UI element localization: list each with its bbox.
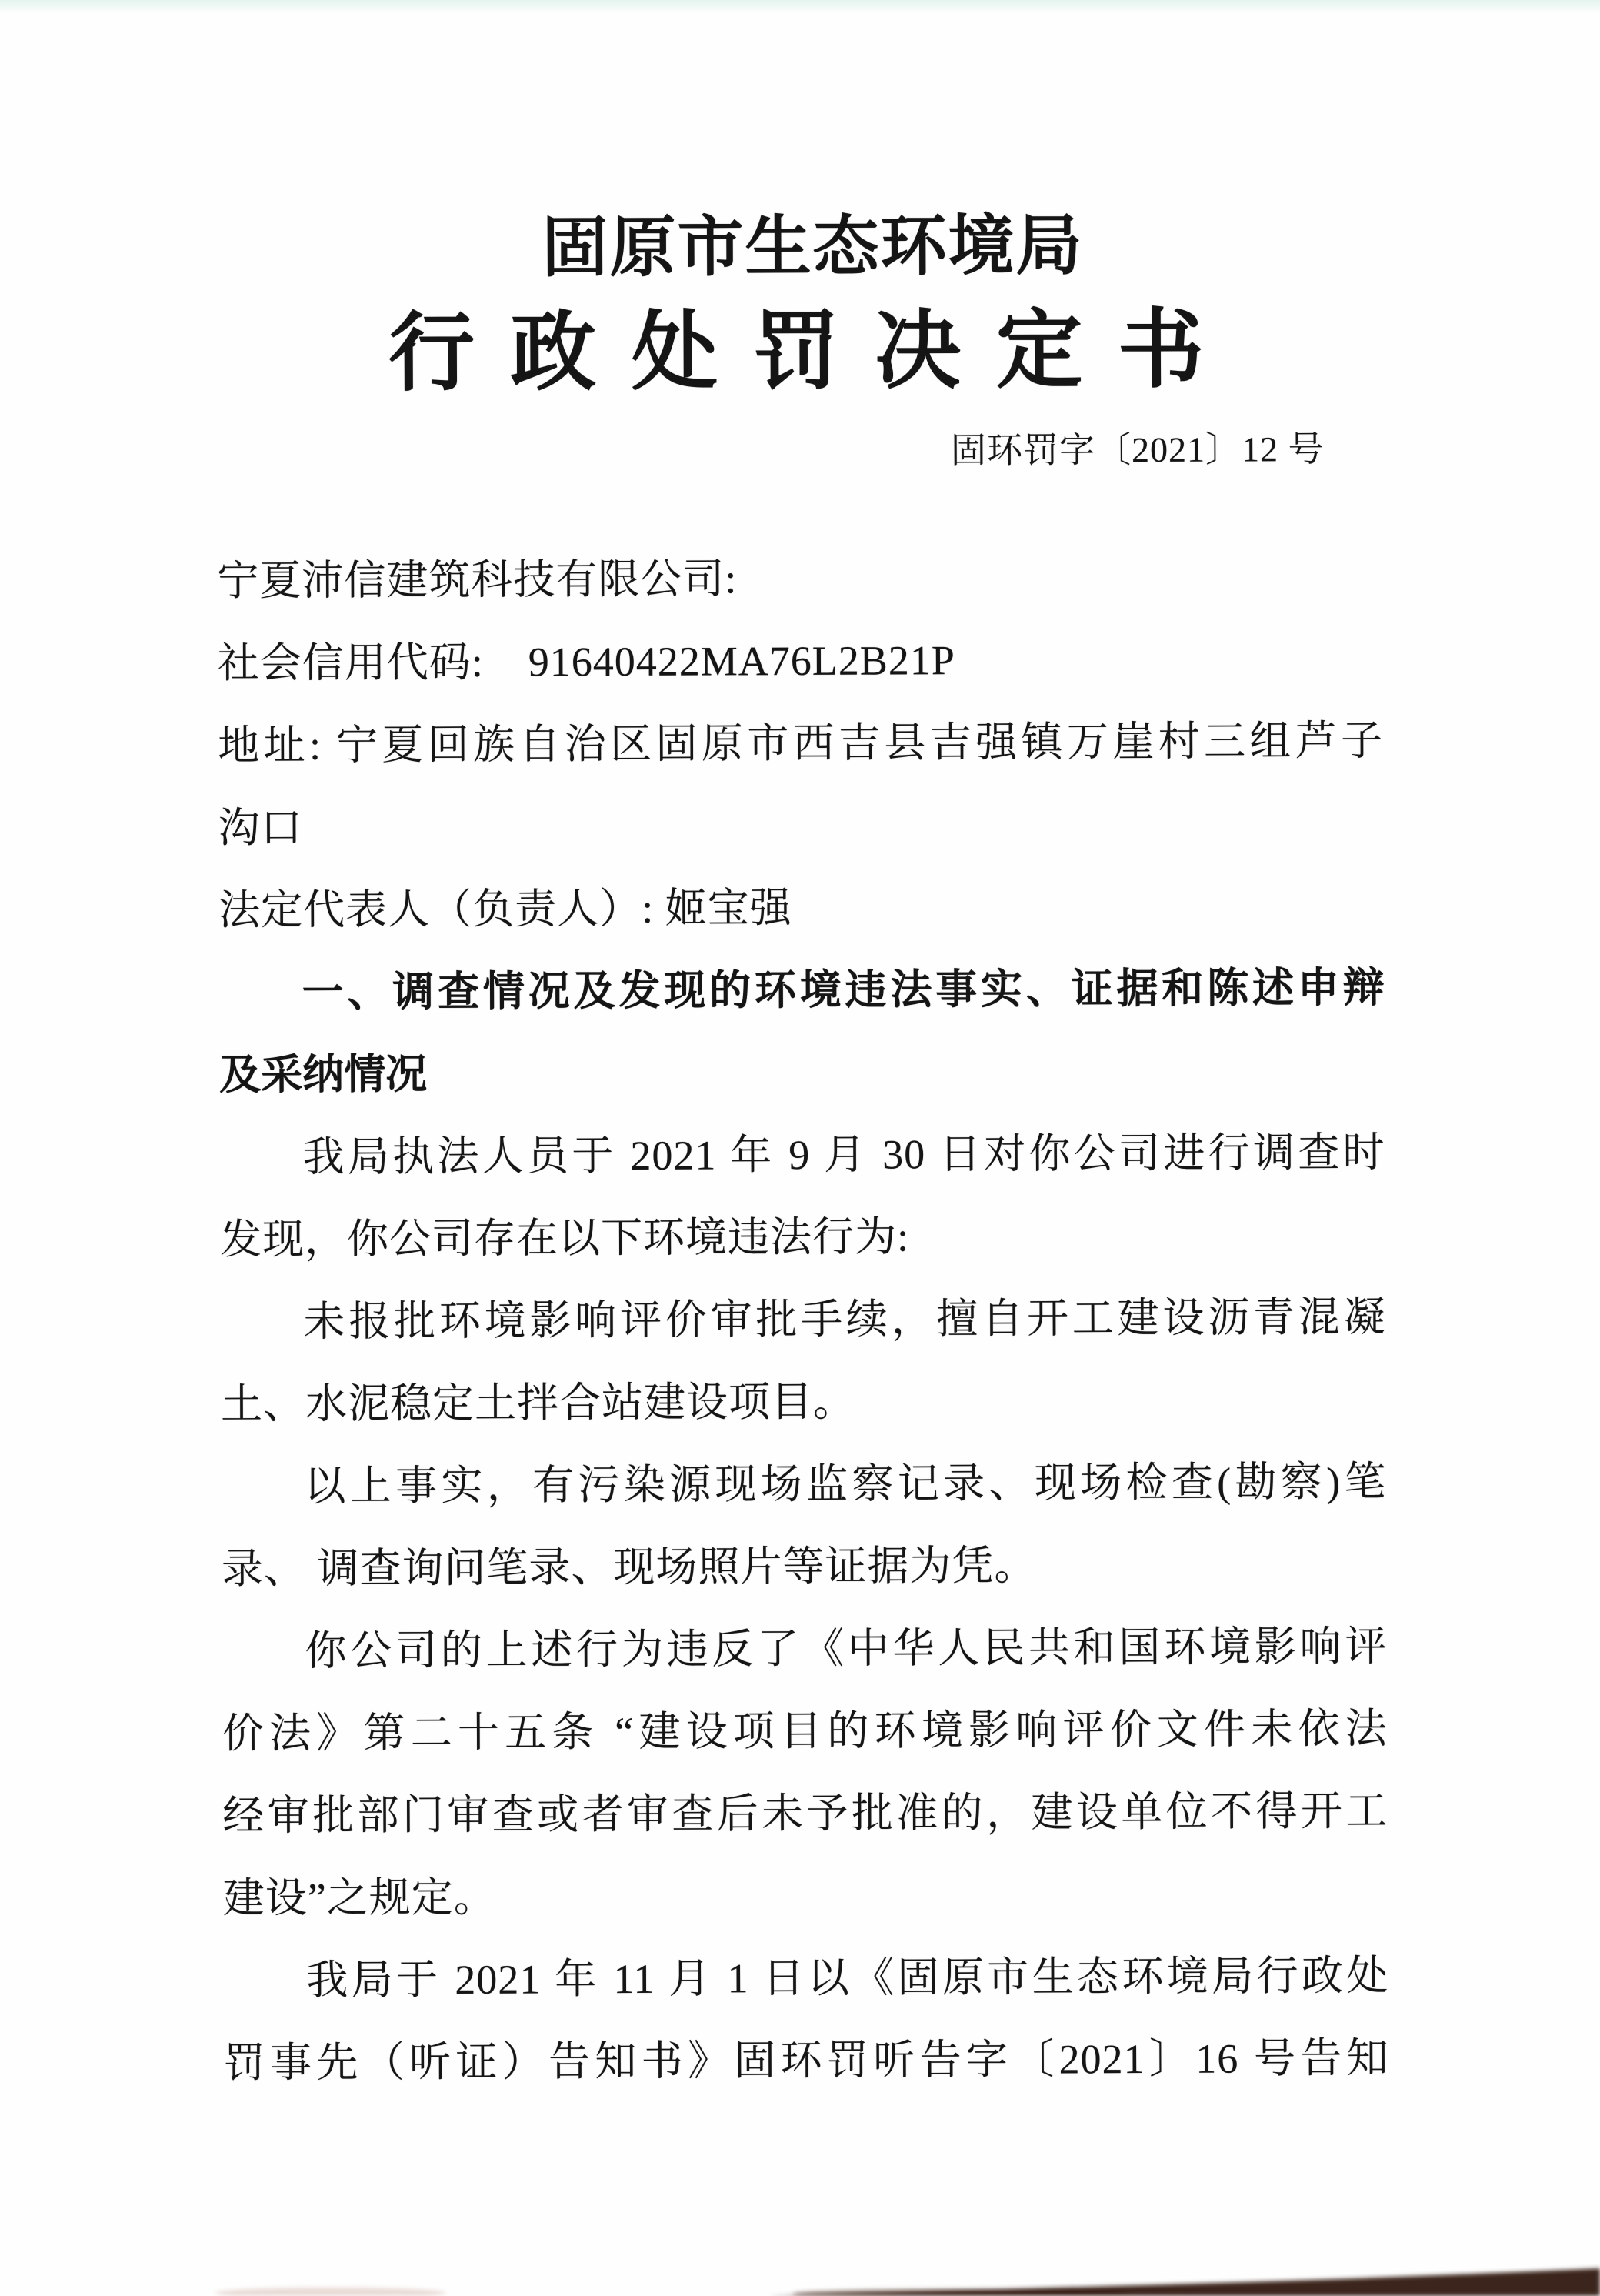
document-line: 及采纳情况: [219, 1030, 1385, 1117]
document-line: 罚事先（听证）告知书》固环罚听告字〔2021〕16 号告知: [224, 2017, 1389, 2105]
document-line: 经审批部门审查或者审查后未予批准的，建设单位不得开工: [222, 1770, 1388, 1858]
document-number: 固环罚字〔2021〕12 号: [0, 426, 1598, 476]
document-line: 我局于 2021 年 11 月 1 日以《固原市生态环境局行政处: [223, 1935, 1388, 2023]
document-line: 宁夏沛信建筑科技有限公司:: [217, 536, 1382, 623]
scanned-document-page: 固原市生态环境局 行 政 处 罚 决 定 书 固环罚字〔2021〕12 号 宁夏…: [0, 0, 1600, 2296]
document-line: 我局执法人员于 2021 年 9 月 30 日对你公司进行调查时: [219, 1112, 1385, 1200]
document-line: 以上事实，有污染源现场监察记录、现场检查(勘察)笔: [221, 1441, 1386, 1529]
scan-shadow-bottom: [0, 2234, 1600, 2296]
document-line: 价法》第二十五条 “建设项目的环境影响评价文件未依法: [222, 1688, 1388, 1776]
document-line: 录、 调查询问笔录、现场照片等证据为凭。: [222, 1523, 1387, 1611]
document-line: 法定代表人（负责人）: 姬宝强: [218, 865, 1384, 953]
document-line: 社会信用代码: 91640422MA76L2B21P: [218, 618, 1383, 706]
document-line: 沟口: [218, 783, 1383, 870]
document-line: 一、调查情况及发现的环境违法事实、证据和陈述申辩: [218, 947, 1384, 1035]
document-line: 地址: 宁夏回族自治区固原市西吉县吉强镇万崖村三组芦子: [218, 700, 1383, 788]
agency-title: 固原市生态环境局: [28, 0, 1597, 283]
document-content: 固原市生态环境局 行 政 处 罚 决 定 书 固环罚字〔2021〕12 号 宁夏…: [0, 0, 1600, 2106]
document-line: 土、水泥稳定土拌合站建设项目。: [221, 1359, 1386, 1447]
document-title: 行 政 处 罚 决 定 书: [0, 299, 1597, 405]
document-body: 宁夏沛信建筑科技有限公司:社会信用代码: 91640422MA76L2B21P地…: [0, 534, 1600, 2105]
scan-smudge-faint: [215, 2288, 446, 2296]
document-line: 未报批环境影响评价审批手续，擅自开工建设沥青混凝: [220, 1276, 1385, 1364]
document-line: 建设”之规定。: [223, 1853, 1388, 1941]
document-line: 发现，你公司存在以下环境违法行为:: [220, 1194, 1385, 1282]
document-line: 你公司的上述行为违反了《中华人民共和国环境影响评: [222, 1606, 1387, 1694]
